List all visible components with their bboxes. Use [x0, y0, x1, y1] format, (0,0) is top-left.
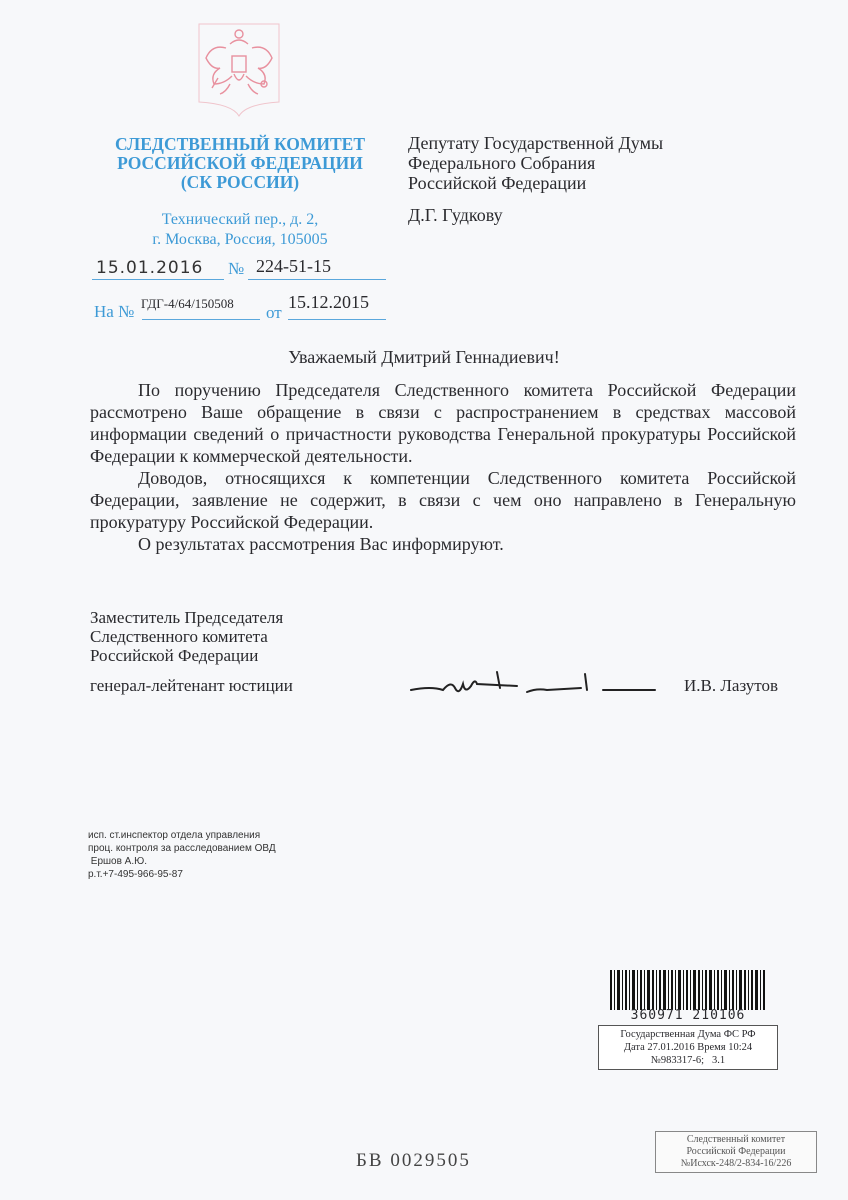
recipient-line: Депутату Государственной Думы	[408, 133, 663, 153]
stamp-line: Российской Федерации	[656, 1146, 816, 1158]
org-line: (СК РОССИИ)	[100, 173, 380, 192]
recipient-name: Д.Г. Гудкову	[408, 205, 503, 226]
signatory-rank: генерал-лейтенант юстиции	[90, 676, 293, 696]
duma-registration-stamp: 360971 210106 Государственная Дума ФС РФ…	[598, 970, 778, 1070]
sk-outgoing-stamp: Следственный комитет Российской Федераци…	[655, 1131, 817, 1173]
org-line: СЛЕДСТВЕННЫЙ КОМИТЕТ	[100, 135, 380, 154]
date-underline	[92, 279, 224, 280]
ref-label: На №	[94, 302, 134, 322]
title-line: Следственного комитета	[90, 627, 283, 646]
letter-body: По поручению Председателя Следственного …	[90, 379, 796, 555]
executor-line: Ершов А.Ю.	[88, 855, 276, 868]
signatory-title: Заместитель Председателя Следственного к…	[90, 608, 283, 665]
stamp-line: Государственная Дума ФС РФ	[603, 1028, 773, 1041]
address-line: Технический пер., д. 2,	[100, 210, 380, 230]
title-line: Российской Федерации	[90, 646, 283, 665]
executor-line: исп. ст.инспектор отдела управления	[88, 829, 276, 842]
coat-of-arms-icon	[196, 22, 282, 118]
barcode-icon	[598, 970, 778, 1010]
org-line: РОССИЙСКОЙ ФЕДЕРАЦИИ	[100, 154, 380, 173]
recipient-line: Федерального Собрания	[408, 153, 663, 173]
outgoing-date: 15.01.2016	[96, 258, 203, 278]
stamp-line: Дата 27.01.2016 Время 10:24	[603, 1041, 773, 1054]
stamp-line: №Исхск-248/2-834-16/226	[656, 1158, 816, 1170]
outgoing-number: 224-51-15	[256, 256, 331, 277]
number-underline	[248, 279, 386, 280]
body-paragraph: Доводов, относящихся к компетенции Следс…	[90, 467, 796, 533]
recipient-line: Российской Федерации	[408, 173, 663, 193]
stamp-line: Следственный комитет	[656, 1134, 816, 1146]
ref-date-underline	[288, 319, 386, 320]
signatory-name: И.В. Лазутов	[684, 676, 778, 696]
ref-number-underline	[142, 319, 260, 320]
duma-stamp-box: Государственная Дума ФС РФ Дата 27.01.20…	[598, 1025, 778, 1070]
org-address: Технический пер., д. 2, г. Москва, Росси…	[100, 210, 380, 250]
title-line: Заместитель Председателя	[90, 608, 283, 627]
org-name: СЛЕДСТВЕННЫЙ КОМИТЕТ РОССИЙСКОЙ ФЕДЕРАЦИ…	[100, 135, 380, 192]
ref-from-label: от	[266, 303, 282, 323]
recipient-block: Депутату Государственной Думы Федерально…	[408, 133, 663, 193]
body-paragraph: По поручению Председателя Следственного …	[90, 379, 796, 467]
executor-note: исп. ст.инспектор отдела управления проц…	[88, 829, 276, 881]
address-line: г. Москва, Россия, 105005	[100, 230, 380, 250]
handwritten-signature	[405, 668, 660, 703]
barcode-number: 360971 210106	[598, 1008, 778, 1023]
form-serial-number: БВ 0029505	[356, 1150, 471, 1172]
ref-date: 15.12.2015	[288, 292, 369, 313]
stamp-line: №983317-6; 3.1	[603, 1054, 773, 1067]
salutation: Уважаемый Дмитрий Геннадиевич!	[0, 347, 848, 368]
executor-line: р.т.+7-495-966-95-87	[88, 868, 276, 881]
number-label: №	[228, 259, 244, 279]
body-paragraph: О результатах рассмотрения Вас информиру…	[90, 533, 796, 555]
executor-line: проц. контроля за расследованием ОВД	[88, 842, 276, 855]
ref-number: ГДГ-4/64/150508	[141, 296, 234, 312]
